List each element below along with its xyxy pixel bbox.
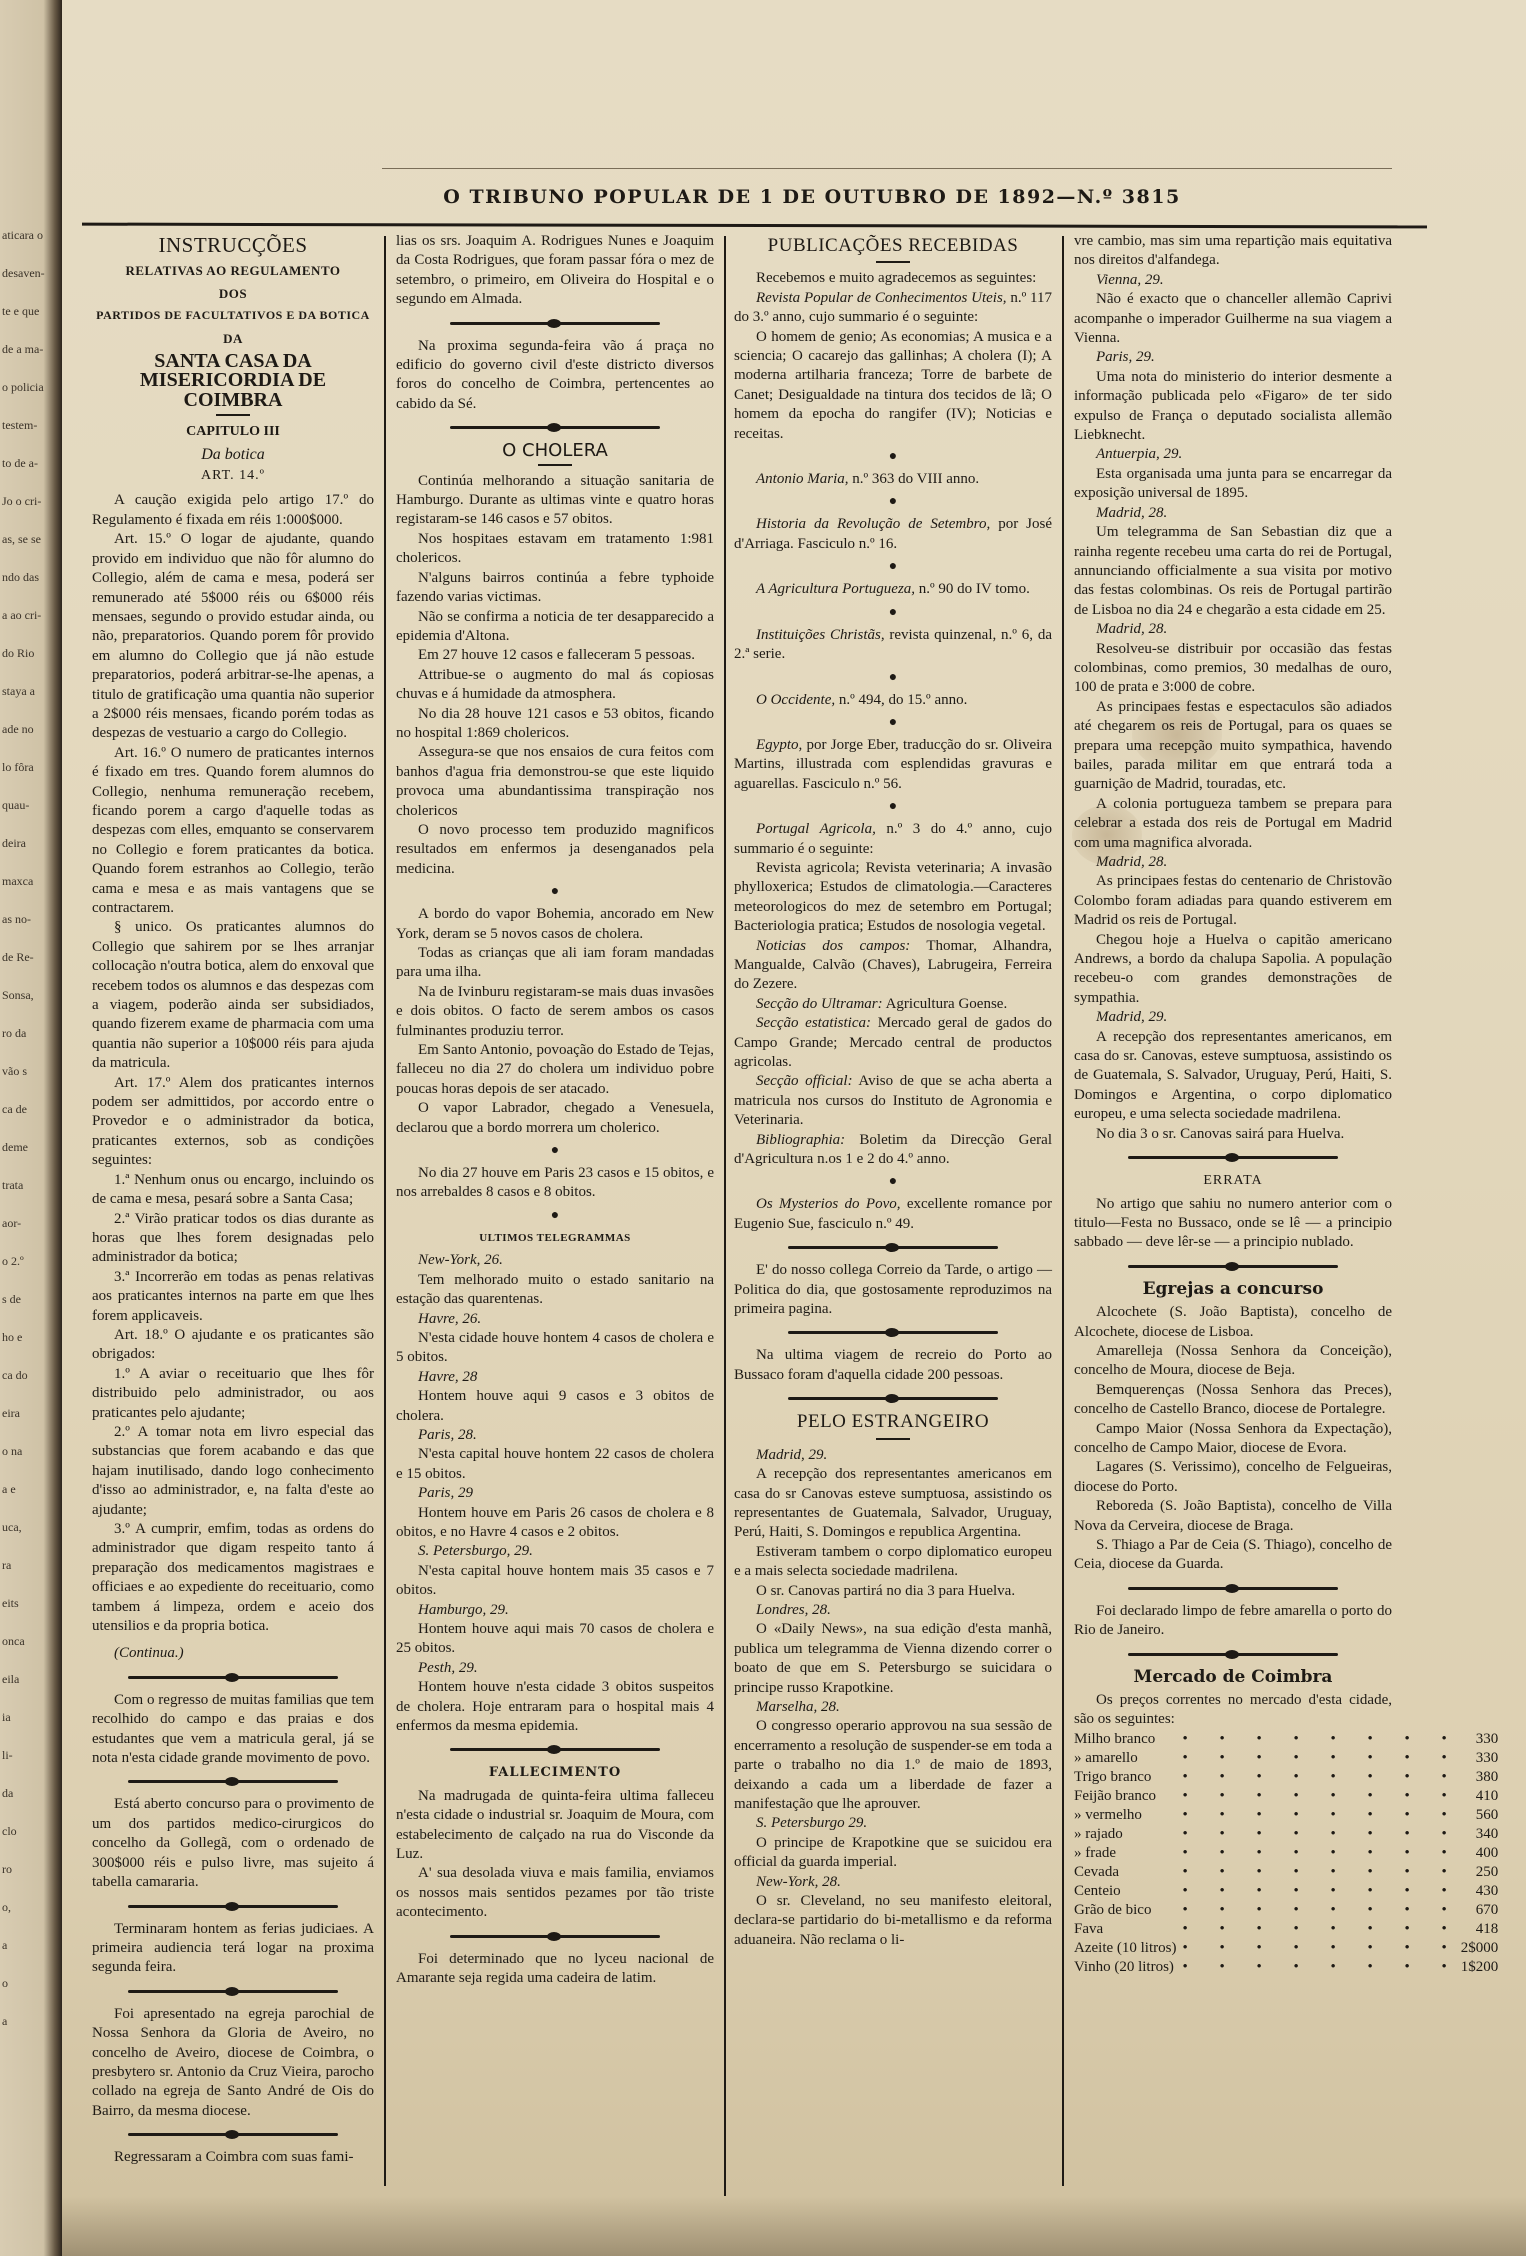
adjacent-page-fragment: s de <box>2 1292 21 1306</box>
telegram-dateline: Hamburgo, 29. <box>396 1601 714 1620</box>
regulation-paragraph: 2.ª Virão praticar todos os dias durante… <box>92 1210 374 1268</box>
telegram-list: New-York, 26.Tem melhorado muito o estad… <box>396 1251 714 1736</box>
news-paragraph: lias os srs. Joaquim A. Rodrigues Nunes … <box>396 232 714 310</box>
news-paragraph: Está aberto concurso para o provimento d… <box>92 1795 374 1892</box>
cholera-report: Continúa melhorando a situação sanitaria… <box>396 472 714 880</box>
ornament-divider <box>788 1397 998 1400</box>
ornament-divider <box>128 2133 338 2136</box>
news-paragraph: Regressaram a Coimbra com suas fami- <box>92 2148 374 2167</box>
ornament-divider <box>788 1331 998 1334</box>
publication-entry: Antonio Maria, n.º 363 do VIII anno. <box>734 470 1052 489</box>
market-item: Milho branco <box>1074 1730 1176 1749</box>
regulation-paragraph: Art. 17.º Alem dos praticantes internos … <box>92 1074 374 1171</box>
adjacent-page-fragment: eits <box>2 1596 19 1610</box>
news-paragraph: No dia 3 o sr. Canovas sairá para Huelva… <box>1074 1125 1392 1144</box>
adjacent-page-fragment: testem- <box>2 418 37 432</box>
bullet-separator: ● <box>734 606 1052 620</box>
market-row: » amarello• • • • • • • •330 <box>1074 1749 1498 1768</box>
publication-summary: O homem de genio; As economias; A musica… <box>734 328 1052 444</box>
publication-title: Portugal Agricola, <box>756 821 876 837</box>
leader-dots: • • • • • • • • <box>1176 1882 1460 1901</box>
news-paragraph: Todas as crianças que ali iam foram mand… <box>396 944 714 983</box>
market-item: Azeite (10 litros) <box>1074 1939 1176 1958</box>
ornament-divider <box>1128 1156 1338 1159</box>
adjacent-page-fragment: de Re- <box>2 950 34 964</box>
adjacent-page-fragment: ca do <box>2 1368 28 1382</box>
market-price: 670 <box>1461 1901 1499 1920</box>
adjacent-page-fragment: a e <box>2 1482 16 1496</box>
market-row: Vinho (20 litros)• • • • • • • •1$200 <box>1074 1958 1498 1977</box>
market-row: Trigo branco• • • • • • • •380 <box>1074 1768 1498 1787</box>
section-title: O CHOLERA <box>396 441 714 460</box>
publication-title: Antonio Maria, <box>756 471 849 487</box>
adjacent-page-fragment: deira <box>2 836 26 850</box>
news-dateline: Madrid, 28. <box>1074 853 1392 872</box>
market-item: Vinho (20 litros) <box>1074 1958 1176 1977</box>
adjacent-page-fragment: staya a <box>2 684 35 698</box>
news-paragraph: A bordo do vapor Bohemia, ancorado em Ne… <box>396 905 714 944</box>
market-row: » rajado• • • • • • • •340 <box>1074 1825 1498 1844</box>
bullet-separator: ● <box>396 885 714 899</box>
publication-title: Instituições Christãs, <box>756 627 885 643</box>
adjacent-page-fragment: ra <box>2 1558 11 1572</box>
regulation-body: A caução exigida pelo artigo 17.º do Reg… <box>92 491 374 1636</box>
adjacent-page-fragment: eira <box>2 1406 20 1420</box>
masthead-rule <box>82 223 1427 229</box>
bullet-separator: ● <box>396 1144 714 1158</box>
bullet-separator: ● <box>734 1175 1052 1189</box>
market-row: » frade• • • • • • • •400 <box>1074 1844 1498 1863</box>
news-paragraph: Em Santo Antonio, povoação do Estado de … <box>396 1041 714 1099</box>
adjacent-page-fragment: clo <box>2 1824 17 1838</box>
news-paragraph: O novo processo tem produzido magnificos… <box>396 821 714 879</box>
market-item: » vermelho <box>1074 1806 1176 1825</box>
subtitle: DOS <box>92 284 374 303</box>
ornament-divider <box>128 1905 338 1908</box>
publication-entry: Revista Popular de Conhecimentos Uteis, … <box>734 289 1052 328</box>
adjacent-page-fragment: deme <box>2 1140 28 1154</box>
market-row: Grão de bico• • • • • • • •670 <box>1074 1901 1498 1920</box>
telegram-dateline: S. Petersburgo, 29. <box>396 1542 714 1561</box>
news-dateline: Marselha, 28. <box>734 1698 1052 1717</box>
news-paragraph: As principaes festas e espectaculos são … <box>1074 698 1392 795</box>
telegram-dateline: Havre, 26. <box>396 1310 714 1329</box>
leader-dots: • • • • • • • • <box>1176 1749 1460 1768</box>
regulation-paragraph: 1.º A aviar o receituario que lhes fôr d… <box>92 1365 374 1423</box>
ornament-divider <box>450 426 660 429</box>
chapter-title: Da botica <box>92 445 374 464</box>
section-title: Mercado de Coimbra <box>1074 1668 1392 1687</box>
adjacent-page-fragment: li- <box>2 1748 13 1762</box>
column-1: INSTRUCÇÕES RELATIVAS AO REGULAMENTO DOS… <box>92 232 374 2168</box>
errata-text: No artigo que sahiu no numero anterior c… <box>1074 1195 1392 1253</box>
leader-dots: • • • • • • • • <box>1176 1901 1460 1920</box>
bullet-separator: ● <box>734 450 1052 464</box>
market-item: » rajado <box>1074 1825 1176 1844</box>
adjacent-page-fragment: as no- <box>2 912 31 926</box>
telegram-dateline: Pesth, 29. <box>396 1659 714 1678</box>
market-row: Fava• • • • • • • •418 <box>1074 1920 1498 1939</box>
news-paragraph: Um telegramma de San Sebastian diz que a… <box>1074 523 1392 620</box>
news-paragraph: Assegura-se que nos ensaios de cura feit… <box>396 743 714 821</box>
news-paragraph: A recepção dos representantes americanos… <box>1074 1028 1392 1125</box>
foreign-news: Vienna, 29.Não é exacto que o chanceller… <box>1074 271 1392 1144</box>
regulation-paragraph: 2.º A tomar nota em livro especial das s… <box>92 1423 374 1520</box>
ornament-divider <box>788 1246 998 1249</box>
telegram-dateline: Paris, 29 <box>396 1484 714 1503</box>
market-row: » vermelho• • • • • • • •560 <box>1074 1806 1498 1825</box>
leader-dots: • • • • • • • • <box>1176 1787 1460 1806</box>
market-intro: Os preços correntes no mercado d'esta ci… <box>1074 1691 1392 1730</box>
news-dateline: Madrid, 29. <box>734 1446 1052 1465</box>
publication-section: Secção do Ultramar: Agricultura Goense. <box>734 995 1052 1014</box>
adjacent-page-fragment: a ao cri- <box>2 608 41 622</box>
adjacent-page-fragment: eila <box>2 1672 19 1686</box>
telegram-dateline: New-York, 26. <box>396 1251 714 1270</box>
institution-title: SANTA CASA DA MISERICORDIA DE COIMBRA <box>92 352 374 410</box>
news-paragraph: Foi apresentado na egreja parochial de N… <box>92 2005 374 2121</box>
section-title: FALLECIMENTO <box>396 1763 714 1782</box>
section-label: Secção estatistica: <box>756 1015 871 1031</box>
church-entry: Bemquerenças (Nossa Senhora das Preces),… <box>1074 1381 1392 1420</box>
news-paragraph: Na proxima segunda-feira vão á praça no … <box>396 337 714 415</box>
market-price: 380 <box>1461 1768 1499 1787</box>
column-rule <box>384 236 386 2186</box>
ornament-divider <box>1128 1653 1338 1656</box>
masthead: O TRIBUNO POPULAR DE 1 DE OUTUBRO DE 189… <box>222 186 1402 208</box>
publication-entry: Portugal Agricola, n.º 3 do 4.º anno, cu… <box>734 820 1052 859</box>
market-item: Trigo branco <box>1074 1768 1176 1787</box>
ornament-divider <box>450 1935 660 1938</box>
news-dateline: Londres, 28. <box>734 1601 1052 1620</box>
ornament-divider <box>450 322 660 325</box>
chapter-heading: CAPITULO III <box>92 422 374 441</box>
market-price: 1$200 <box>1461 1958 1499 1977</box>
adjacent-page-fragment: aticara o <box>2 228 43 242</box>
news-paragraph: A colonia portugueza tambem se prepara p… <box>1074 795 1392 853</box>
market-row: Centeio• • • • • • • •430 <box>1074 1882 1498 1901</box>
news-dateline: Madrid, 28. <box>1074 504 1392 523</box>
leader-dots: • • • • • • • • <box>1176 1730 1460 1749</box>
news-dateline: Madrid, 28. <box>1074 620 1392 639</box>
adjacent-page-edge: aticara odesaven-te e quede a ma-o polic… <box>0 0 62 2256</box>
news-paragraph: vre cambio, mas sim uma repartição mais … <box>1074 232 1392 271</box>
adjacent-page-fragment: aor- <box>2 1216 21 1230</box>
market-price: 560 <box>1461 1806 1499 1825</box>
news-paragraph: Foi declarado limpo de febre amarella o … <box>1074 1602 1392 1641</box>
leader-dots: • • • • • • • • <box>1176 1920 1460 1939</box>
section-title: PELO ESTRANGEIRO <box>734 1412 1052 1431</box>
adjacent-page-fragment: quau- <box>2 798 29 812</box>
publication-section: Noticias dos campos: Thomar, Alhandra, M… <box>734 937 1052 995</box>
subtitle: RELATIVAS AO REGULAMENTO <box>92 261 374 280</box>
adjacent-page-fragment: ro <box>2 1862 12 1876</box>
publication-detail: n.º 363 do VIII anno. <box>849 471 980 487</box>
news-paragraph: Em 27 houve 12 casos e falleceram 5 pess… <box>396 646 714 665</box>
section-label: Bibliographia: <box>756 1132 845 1148</box>
adjacent-page-fragment: as, se se <box>2 532 41 546</box>
news-dateline: Vienna, 29. <box>1074 271 1392 290</box>
news-dateline: Paris, 29. <box>1074 348 1392 367</box>
news-paragraph: Foi determinado que no lyceu nacional de… <box>396 1950 714 1989</box>
publication-title: Egypto, <box>756 737 802 753</box>
publication-title: O Occidente, <box>756 692 835 708</box>
adjacent-page-fragment: lo fôra <box>2 760 34 774</box>
adjacent-page-fragment: Sonsa, <box>2 988 34 1002</box>
news-paragraph: No dia 27 houve em Paris 23 casos e 15 o… <box>396 1164 714 1203</box>
publication-summary: Revista agricola; Revista veterinaria; A… <box>734 859 1052 937</box>
divider <box>876 261 910 263</box>
news-paragraph: Attribue-se o augmento do mal ás copiosa… <box>396 666 714 705</box>
market-item: Grão de bico <box>1074 1901 1176 1920</box>
section-title: PUBLICAÇÕES RECEBIDAS <box>734 236 1052 255</box>
news-paragraph: N'alguns bairros continúa a febre typhoi… <box>396 569 714 608</box>
column-4: vre cambio, mas sim uma repartição mais … <box>1074 232 1392 1977</box>
market-price: 330 <box>1461 1730 1499 1749</box>
publication-entry: Historia da Revolução de Setembro, por J… <box>734 515 1052 554</box>
regulation-paragraph: 3.º A cumprir, emfim, todas as ordens do… <box>92 1520 374 1636</box>
publication-title: Revista Popular de Conhecimentos Uteis, <box>756 290 1007 306</box>
publication-title: A Agricultura Portugueza, <box>756 581 915 597</box>
news-dateline: S. Petersburgo 29. <box>734 1814 1052 1833</box>
news-paragraph: O sr. Cleveland, no seu manifesto eleito… <box>734 1892 1052 1950</box>
market-price: 418 <box>1461 1920 1499 1939</box>
publication-title: Historia da Revolução de Setembro, <box>756 516 990 532</box>
leader-dots: • • • • • • • • <box>1176 1844 1460 1863</box>
market-row: Cevada• • • • • • • •250 <box>1074 1863 1498 1882</box>
ornament-divider <box>128 1676 338 1679</box>
continua-note: (Continua.) <box>92 1644 374 1663</box>
subtitle: PARTIDOS DE FACULTATIVOS E DA BOTICA <box>92 306 374 325</box>
adjacent-page-fragment: o 2.º <box>2 1254 24 1268</box>
ornament-divider <box>128 1780 338 1783</box>
publication-detail: n.º 494, do 15.º anno. <box>835 692 967 708</box>
adjacent-page-fragment: do Rio <box>2 646 34 660</box>
adjacent-page-fragment: o policia <box>2 380 44 394</box>
news-paragraph: Na de Ivinburu registaram-se mais duas i… <box>396 983 714 1041</box>
publication-entry: Egypto, por Jorge Eber, traducção do sr.… <box>734 736 1052 794</box>
publication-title: Os Mysterios do Povo, <box>756 1196 900 1212</box>
telegram-text: N'esta capital houve hontem mais 35 caso… <box>396 1562 714 1601</box>
church-entry: S. Thiago a Par de Ceia (S. Thiago), con… <box>1074 1536 1392 1575</box>
market-row: Azeite (10 litros)• • • • • • • •2$000 <box>1074 1939 1498 1958</box>
publication-section: Bibliographia: Boletim da Direcção Geral… <box>734 1131 1052 1170</box>
publication-entry: A Agricultura Portugueza, n.º 90 do IV t… <box>734 580 1052 599</box>
market-price: 250 <box>1461 1863 1499 1882</box>
adjacent-page-fragment: ade no <box>2 722 34 736</box>
market-price: 340 <box>1461 1825 1499 1844</box>
section-title: ULTIMOS TELEGRAMMAS <box>396 1229 714 1248</box>
section-title: Egrejas a concurso <box>1074 1280 1392 1299</box>
ornament-divider <box>450 1748 660 1751</box>
market-price: 330 <box>1461 1749 1499 1768</box>
market-item: Fava <box>1074 1920 1176 1939</box>
news-paragraph: No dia 28 houve 121 casos e 53 obitos, f… <box>396 705 714 744</box>
section-label: Secção do Ultramar: <box>756 996 883 1012</box>
adjacent-page-fragment: desaven- <box>2 266 45 280</box>
leader-dots: • • • • • • • • <box>1176 1958 1460 1977</box>
bullet-separator: ● <box>734 495 1052 509</box>
divider <box>876 1438 910 1440</box>
telegram-text: Hontem houve aqui mais 70 casos de chole… <box>396 1620 714 1659</box>
adjacent-page-fragment: o <box>2 1976 8 1990</box>
news-dateline: Antuerpia, 29. <box>1074 445 1392 464</box>
churches-list: Alcochete (S. João Baptista), concelho d… <box>1074 1303 1392 1575</box>
adjacent-page-fragment: ia <box>2 1710 11 1724</box>
telegram-text: Hontem houve em Paris 26 casos de choler… <box>396 1504 714 1543</box>
church-entry: Lagares (S. Verissimo), concelho de Felg… <box>1074 1458 1392 1497</box>
leader-dots: • • • • • • • • <box>1176 1768 1460 1787</box>
article-number: ART. 14.º <box>92 466 374 485</box>
news-paragraph: Não se confirma a noticia de ter desappa… <box>396 608 714 647</box>
market-item: Feijão branco <box>1074 1787 1176 1806</box>
regulation-paragraph: Art. 18.º O ajudante e os praticantes sã… <box>92 1326 374 1365</box>
adjacent-page-fragment: uca, <box>2 1520 22 1534</box>
publication-entry: O Occidente, n.º 494, do 15.º anno. <box>734 691 1052 710</box>
market-item: » amarello <box>1074 1749 1176 1768</box>
news-paragraph: A recepção dos representantes americanos… <box>734 1465 1052 1543</box>
news-paragraph: Não é exacto que o chanceller allemão Ca… <box>1074 290 1392 348</box>
article-title: INSTRUCÇÕES <box>92 236 374 255</box>
telegram-text: N'esta capital houve hontem 22 casos de … <box>396 1445 714 1484</box>
bullet-separator: ● <box>734 716 1052 730</box>
regulation-paragraph: 1.ª Nenhum onus ou encargo, incluindo os… <box>92 1171 374 1210</box>
regulation-paragraph: § unico. Os praticantes alumnos do Colle… <box>92 918 374 1073</box>
adjacent-page-fragment: to de a- <box>2 456 38 470</box>
leader-dots: • • • • • • • • <box>1176 1939 1460 1958</box>
section-text: Agricultura Goense. <box>883 996 1008 1012</box>
market-price: 430 <box>1461 1882 1499 1901</box>
column-rule <box>1062 236 1064 2186</box>
telegram-text: Hontem houve aqui 9 casos e 3 obitos de … <box>396 1387 714 1426</box>
adjacent-page-fragment: te e que <box>2 304 39 318</box>
cholera-report-2: A bordo do vapor Bohemia, ancorado em Ne… <box>396 905 714 1138</box>
church-entry: Reboreda (S. João Baptista), concelho de… <box>1074 1497 1392 1536</box>
market-item: Centeio <box>1074 1882 1176 1901</box>
news-dateline: Madrid, 29. <box>1074 1008 1392 1027</box>
regulation-paragraph: Art. 16.º O numero de praticantes intern… <box>92 744 374 919</box>
obituary-paragraph: A' sua desolada viuva e mais familia, en… <box>396 1864 714 1922</box>
bullet-separator: ● <box>734 800 1052 814</box>
adjacent-page-fragment: vão s <box>2 1064 27 1078</box>
telegram-dateline: Havre, 28 <box>396 1368 714 1387</box>
obituary-paragraph: Na madrugada de quinta-feira ultima fall… <box>396 1787 714 1865</box>
adjacent-page-fragment: a <box>2 1938 7 1952</box>
adjacent-page-fragment: o na <box>2 1444 22 1458</box>
regulation-paragraph: A caução exigida pelo artigo 17.º do Reg… <box>92 491 374 530</box>
telegram-text: Tem melhorado muito o estado sanitario n… <box>396 1271 714 1310</box>
section-label: Noticias dos campos: <box>756 938 910 954</box>
market-row: Milho branco• • • • • • • •330 <box>1074 1730 1498 1749</box>
adjacent-page-fragment: de a ma- <box>2 342 43 356</box>
news-paragraph: O principe de Krapotkine que se suicidou… <box>734 1834 1052 1873</box>
news-paragraph: E' do nosso collega Correio da Tarde, o … <box>734 1261 1052 1319</box>
market-price-table: Milho branco• • • • • • • •330» amarello… <box>1074 1730 1498 1977</box>
news-paragraph: As principaes festas do centenario de Ch… <box>1074 872 1392 930</box>
leader-dots: • • • • • • • • <box>1176 1863 1460 1882</box>
column-2: lias os srs. Joaquim A. Rodrigues Nunes … <box>396 232 714 1989</box>
market-price: 410 <box>1461 1787 1499 1806</box>
market-item: Cevada <box>1074 1863 1176 1882</box>
news-paragraph: Recebemos e muito agradecemos as seguint… <box>734 269 1052 288</box>
ornament-divider <box>1128 1587 1338 1590</box>
adjacent-page-fragment: ca de <box>2 1102 27 1116</box>
telegram-text: N'esta cidade houve hontem 4 casos de ch… <box>396 1329 714 1368</box>
news-paragraph: Chegou hoje a Huelva o capitão americano… <box>1074 931 1392 1009</box>
local-news: Com o regresso de muitas familias que te… <box>92 1676 374 2168</box>
foreign-news: Madrid, 29.A recepção dos representantes… <box>734 1446 1052 1951</box>
market-price: 2$000 <box>1461 1939 1499 1958</box>
news-paragraph: Com o regresso de muitas familias que te… <box>92 1691 374 1769</box>
adjacent-page-fragment: ro da <box>2 1026 26 1040</box>
adjacent-page-fragment: ndo das <box>2 570 39 584</box>
publication-detail: n.º 90 do IV tomo. <box>915 581 1030 597</box>
adjacent-page-fragment: da <box>2 1786 13 1800</box>
church-entry: Alcochete (S. João Baptista), concelho d… <box>1074 1303 1392 1342</box>
news-paragraph: O vapor Labrador, chegado a Venesuela, d… <box>396 1099 714 1138</box>
publications-list: Revista Popular de Conhecimentos Uteis, … <box>734 289 1052 937</box>
news-paragraph: Continúa melhorando a situação sanitaria… <box>396 472 714 530</box>
news-dateline: New-York, 28. <box>734 1873 1052 1892</box>
bullet-separator: ● <box>734 671 1052 685</box>
church-entry: Campo Maior (Nossa Senhora da Expectação… <box>1074 1420 1392 1459</box>
bullet-separator: ● <box>396 1209 714 1223</box>
publication-section: Secção official: Aviso de que se acha ab… <box>734 1072 1052 1130</box>
publication-sections: Noticias dos campos: Thomar, Alhandra, M… <box>734 937 1052 1170</box>
telegram-text: Hontem houve n'esta cidade 3 obitos susp… <box>396 1678 714 1736</box>
section-label: Secção official: <box>756 1073 853 1089</box>
adjacent-page-fragment: a <box>2 2014 7 2028</box>
column-rule <box>724 236 726 2196</box>
church-entry: Amarelleja (Nossa Senhora da Conceição),… <box>1074 1342 1392 1381</box>
adjacent-page-fragment: trata <box>2 1178 23 1192</box>
subtitle: DA <box>92 329 374 348</box>
news-paragraph: Uma nota do ministerio do interior desme… <box>1074 368 1392 446</box>
obituary: Na madrugada de quinta-feira ultima fall… <box>396 1787 714 1923</box>
leader-dots: • • • • • • • • <box>1176 1806 1460 1825</box>
adjacent-page-fragment: ho e <box>2 1330 22 1344</box>
market-item: » frade <box>1074 1844 1176 1863</box>
news-paragraph: Estiveram tambem o corpo diplomatico eur… <box>734 1543 1052 1582</box>
bullet-separator: ● <box>734 560 1052 574</box>
adjacent-page-fragment: maxca <box>2 874 33 888</box>
regulation-paragraph: 3.ª Incorrerão em todas as penas relativ… <box>92 1268 374 1326</box>
news-paragraph: Na ultima viagem de recreio do Porto ao … <box>734 1346 1052 1385</box>
market-row: Feijão branco• • • • • • • •410 <box>1074 1787 1498 1806</box>
adjacent-page-fragment: o, <box>2 1900 11 1914</box>
section-title: ERRATA <box>1074 1171 1392 1190</box>
leader-dots: • • • • • • • • <box>1176 1825 1460 1844</box>
divider <box>538 464 572 466</box>
regulation-paragraph: Art. 15.º O logar de ajudante, quando pr… <box>92 530 374 743</box>
news-paragraph: O sr. Canovas partirá no dia 3 para Huel… <box>734 1582 1052 1601</box>
adjacent-page-fragment: onca <box>2 1634 25 1648</box>
publication-section: Secção estatistica: Mercado geral de gad… <box>734 1014 1052 1072</box>
ornament-divider <box>128 1990 338 1993</box>
news-paragraph: Nos hospitaes estavam em tratamento 1:98… <box>396 530 714 569</box>
news-paragraph: O «Daily News», na sua edição d'esta man… <box>734 1620 1052 1698</box>
divider <box>216 414 250 416</box>
news-paragraph: Esta organisada uma junta para se encarr… <box>1074 465 1392 504</box>
adjacent-page-fragment: Jo o cri- <box>2 494 41 508</box>
news-paragraph: Resolveu-se distribuir por occasião das … <box>1074 640 1392 698</box>
column-3: PUBLICAÇÕES RECEBIDAS Recebemos e muito … <box>734 232 1052 1950</box>
news-paragraph: Terminaram hontem as ferias judiciaes. A… <box>92 1920 374 1978</box>
ornament-divider <box>1128 1265 1338 1268</box>
telegram-dateline: Paris, 28. <box>396 1426 714 1445</box>
top-rule <box>382 168 1392 169</box>
news-paragraph: O congresso operario approvou na sua ses… <box>734 1717 1052 1814</box>
